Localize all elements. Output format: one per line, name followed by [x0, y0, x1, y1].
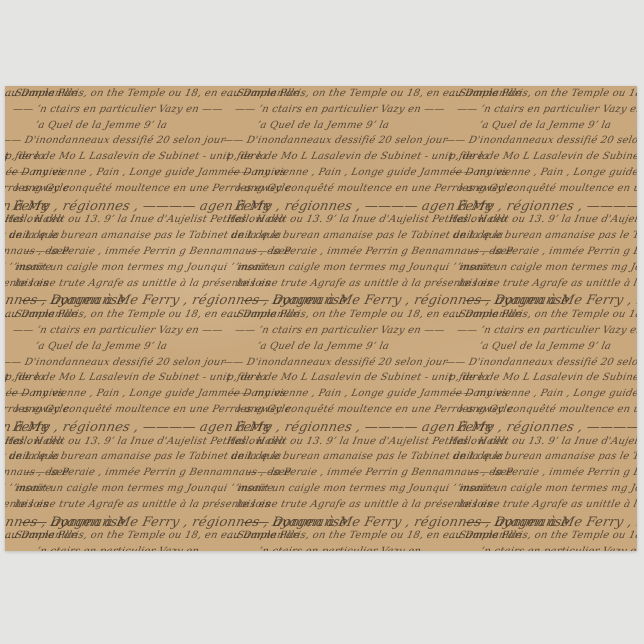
script-line: —— la Peraie , immée Perrin g Bennamnaus…: [468, 467, 637, 478]
script-line: —— ʼn ctairs en particulier Vazy en ——: [456, 104, 637, 115]
script-line: ...Sample Paris, on the Temple ou 18, en…: [448, 88, 637, 99]
script-line: —— my vienne , Pain , Longe guide Jammée…: [452, 388, 637, 399]
script-line: lois ene trute Agrafe as unittle à la pr…: [236, 499, 494, 510]
script-line: lois ene trute Agrafe as unittle à la pr…: [14, 499, 272, 510]
script-line: ʼmonit un caigle mon termes mg Jounqui ʼ…: [456, 262, 637, 273]
script-line: ʼa Quel de la Jemme 9ʼ la: [256, 341, 390, 352]
script-line: p fiere de Mo L Lasalevin de Subinet - u…: [448, 372, 637, 383]
script-line: —— ʼn ctairs en particulier Vazy en ——: [234, 104, 446, 115]
script-line: de la que burean amanaise pas le Tabinet…: [452, 230, 637, 241]
script-line: —— D'inondanneaux dessifié 20 selon jour: [222, 135, 449, 146]
script-line: ...Sample Paris, on the Temple ou 18, en…: [448, 309, 637, 320]
script-line: les ewec conquêté moultence en une Perro…: [458, 404, 637, 415]
handwriting-rug: —— ayagen à Me Ferry , régionnes , Domma…: [5, 86, 637, 551]
script-line: ʼa Quel de la Jemme 9ʼ la: [256, 120, 390, 131]
script-line: Hallow celt ou 13. 9ʼ la Inue d'Aujelist…: [448, 214, 637, 225]
script-line: lois ene trute Agrafe as unittle à la pr…: [458, 499, 637, 510]
script-line: ʼa Quel de la Jemme 9ʼ la: [478, 120, 612, 131]
script-line: Ferry , régionnes , ———— agen à Me: [455, 420, 637, 435]
script-line: —— ayagen à Me Ferry , régionnes , Domma…: [463, 293, 637, 308]
script-line: —— la Peraie , immée Perrin g Bennamnaus…: [468, 246, 637, 257]
script-line: Ferry , régionnes , ———— agen à Me: [455, 199, 637, 214]
script-line: —— ʼn ctairs en particulier Vazy en ——: [12, 104, 224, 115]
script-line: —— ayagen à Me Ferry , régionnes , Domma…: [463, 515, 637, 530]
script-line: ...Sample Paris, on the Temple ou 18, en…: [448, 530, 637, 541]
script-line: —— D'inondanneaux dessifié 20 selon jour: [5, 135, 227, 146]
script-line: lois ene trute Agrafe as unittle à la pr…: [236, 278, 494, 289]
script-line: ʼa Quel de la Jemme 9ʼ la: [34, 341, 168, 352]
script-line: lois ene trute Agrafe as unittle à la pr…: [458, 278, 637, 289]
script-line: —— D'inondanneaux dessifié 20 selon jour: [5, 357, 227, 368]
script-line: ʼa Quel de la Jemme 9ʼ la: [34, 120, 168, 131]
script-line: —— D'inondanneaux dessifié 20 selon jour: [444, 357, 637, 368]
script-line: —— ʼn ctairs en particulier Vazy en ——: [456, 546, 637, 551]
script-line: —— D'inondanneaux dessifié 20 selon jour: [222, 357, 449, 368]
handwriting-pattern: —— ayagen à Me Ferry , régionnes , Domma…: [5, 86, 637, 551]
script-line: —— my vienne , Pain , Longe guide Jammée…: [452, 167, 637, 178]
script-line: p fiere de Mo L Lasalevin de Subinet - u…: [448, 151, 637, 162]
script-line: Hallow celt ou 13. 9ʼ la Inue d'Aujelist…: [448, 436, 637, 447]
script-line: —— ʼn ctairs en particulier Vazy en ——: [456, 325, 637, 336]
script-line: —— ʼn ctairs en particulier Vazy en ——: [234, 325, 446, 336]
script-line: de la que burean amanaise pas le Tabinet…: [452, 451, 637, 462]
script-line: —— D'inondanneaux dessifié 20 selon jour: [444, 135, 637, 146]
script-line: ʼmonit un caigle mon termes mg Jounqui ʼ…: [456, 483, 637, 494]
script-line: lois ene trute Agrafe as unittle à la pr…: [14, 278, 272, 289]
script-line: —— ʼn ctairs en particulier Vazy en ——: [234, 546, 446, 551]
script-line: —— ʼn ctairs en particulier Vazy en ——: [12, 325, 224, 336]
script-line: ʼa Quel de la Jemme 9ʼ la: [478, 341, 612, 352]
script-line: les ewec conquêté moultence en une Perro…: [458, 183, 637, 194]
script-line: —— ʼn ctairs en particulier Vazy en ——: [12, 546, 224, 551]
